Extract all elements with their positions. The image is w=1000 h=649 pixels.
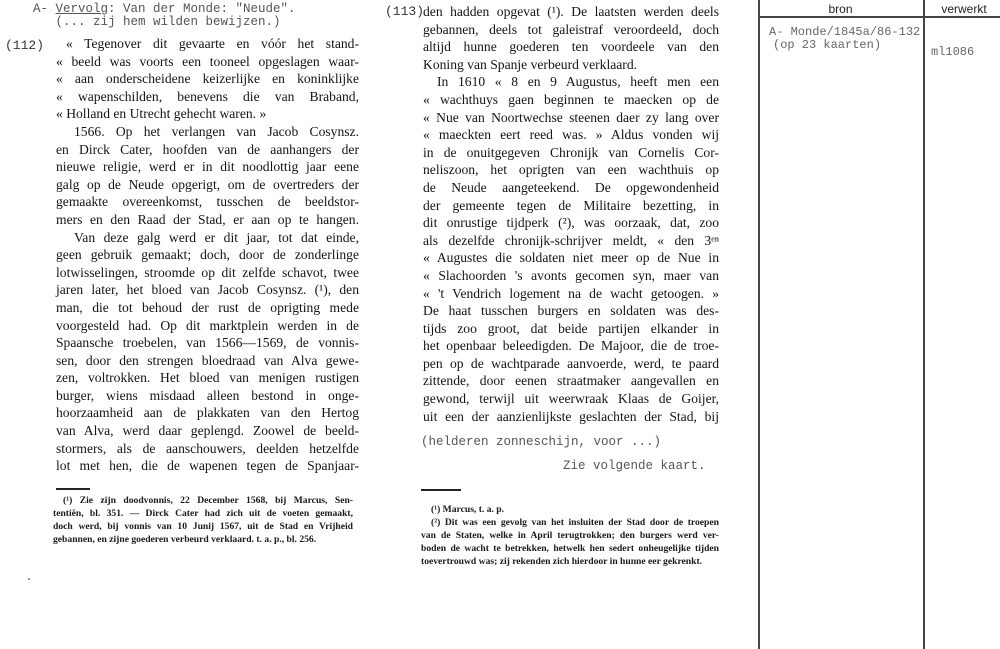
footnote-divider — [421, 489, 461, 491]
text-line: altijd hunne goederen ten voordeele van … — [423, 38, 719, 56]
cell-verwerkt: ml1086 — [931, 45, 974, 59]
left-body-text: « Tegenover dit gevaarte en vóór het sta… — [56, 35, 359, 475]
text-line: neliszoon, het oprigten van een wachthui… — [423, 161, 719, 179]
text-line: sen, door den strengen bloedraad van Alv… — [56, 352, 359, 370]
text-line: « wapenschilden, benevens die van Braban… — [56, 88, 359, 106]
text-line: gebannen, deels tot galeistraf veroordee… — [423, 21, 719, 39]
right-page-number: (113) — [385, 4, 424, 19]
text-line: Spaansche troebelen, van 1566—1569, de v… — [56, 334, 359, 352]
text-line: jaren later, het bloed van Jacob Cosynsz… — [56, 281, 359, 299]
text-line: « wachthuys gaen beginnen te maecken op … — [423, 91, 719, 109]
footnote-line: toevertrouwd was; zij rekenden zich hier… — [421, 555, 719, 568]
text-line: Van deze galg werd er dit jaar, tot dat … — [56, 229, 359, 247]
text-line: zen, voltrokken. Het bloed van menigen r… — [56, 369, 359, 387]
text-line: geen gebruik gemaakt; doch, door de zond… — [56, 246, 359, 264]
text-line: stormers, als de aanschouwers, deelden h… — [56, 440, 359, 458]
text-line: den hadden opgevat (¹). De laatsten werd… — [423, 3, 719, 21]
cell-bron-line2: (op 23 kaarten) — [773, 38, 881, 52]
column-header-bron: bron — [758, 2, 923, 16]
footnote-line: boden de wacht te betrekken, hetwelk hen… — [421, 542, 719, 555]
text-line: gewond, terwijl uit weerwraak Klaas de G… — [423, 390, 719, 408]
index-card-table: bron verwerkt A- Monde/1845a/86-132 (op … — [755, 0, 1000, 649]
text-line: Koning van Spanje verbeurd verklaard. — [423, 56, 719, 74]
text-line: van Alva, werd daar geplengd. Zoowel de … — [56, 422, 359, 440]
left-footnotes: (¹) Zie zijn doodvonnis, 22 December 156… — [53, 494, 353, 546]
text-line: tijds zoo groot, dat beide partijen elka… — [423, 320, 719, 338]
left-page: (112) « Tegenover dit gevaarte en vóór h… — [0, 0, 380, 649]
cell-bron-line1: A- Monde/1845a/86-132 — [769, 25, 920, 39]
text-line: in de onuitgegeven Chronijk van Cornelis… — [423, 144, 719, 162]
text-line: nieuwe religie, werd er in dit noodlotti… — [56, 158, 359, 176]
text-line: de Neude aangeteekend. De opgewondenheid — [423, 179, 719, 197]
text-line: zittende, door eenen straatmaker aangeva… — [423, 372, 719, 390]
text-line: burger, wiens misdaad alleen bestond in … — [56, 387, 359, 405]
text-line: « maeckten eert reed was. » Aldus vonden… — [423, 126, 719, 144]
text-line: man, die tot behoud der rust de oprigtin… — [56, 299, 359, 317]
right-body-text: den hadden opgevat (¹). De laatsten werd… — [423, 3, 719, 425]
text-line: als dezelfde chronijk-schrijver meldt, «… — [423, 232, 719, 250]
text-line: « aan onderscheidene keizerlijke en koni… — [56, 70, 359, 88]
footnote-line: (¹) Zie zijn doodvonnis, 22 December 156… — [53, 494, 353, 507]
typed-continuation: (helderen zonneschijn, voor ...) — [421, 435, 661, 449]
footnote-line: (²) Dit was een gevolg van het insluiten… — [421, 516, 719, 529]
text-line: dit onrustige tijdperk (²), was oorzaak,… — [423, 214, 719, 232]
footnote-line: doch werd, bij vonnis van 10 Junij 1567,… — [53, 520, 353, 533]
footnote-divider — [56, 488, 90, 490]
text-line: In 1610 « 8 en 9 Augustus, heeft men een — [423, 73, 719, 91]
text-line: « 't Vendrich logement na de wacht getoo… — [423, 285, 719, 303]
text-line: voorgesteld had. Op dit marktplein werde… — [56, 317, 359, 335]
footnote-line: van de Staten, welke in April terugtrokk… — [421, 529, 719, 542]
text-line: « Tegenover dit gevaarte en vóór het sta… — [56, 35, 359, 53]
right-footnotes: (¹) Marcus, t. a. p. (²) Dit was een gev… — [421, 503, 719, 568]
footnote-line: tentiën, bl. 351. — Dirck Cater had zich… — [53, 507, 353, 520]
text-line: 1566. Op het verlangen van Jacob Cosynsz… — [56, 123, 359, 141]
text-line: « beeld was voorts een tooneel opgeslage… — [56, 53, 359, 71]
text-line: gemaakte overeenkomst, tusschen de beeld… — [56, 193, 359, 211]
text-line: en Dirck Cater, hoofden van de aanhanger… — [56, 141, 359, 159]
text-line: het openbaar beleedigden. De Majoor, die… — [423, 337, 719, 355]
text-line: mers en den Raad der Stad, er aan op te … — [56, 211, 359, 229]
table-border-left — [758, 0, 760, 649]
table-border-middle — [923, 0, 925, 649]
text-line: lot met hen, die de wapenen tegen de Spa… — [56, 457, 359, 475]
footnote-line: (¹) Marcus, t. a. p. — [421, 503, 719, 516]
text-line: hoorzaamheid aan de plakkaten van den He… — [56, 404, 359, 422]
text-line: pen op de wachtparade aanvoerde, werd, t… — [423, 355, 719, 373]
text-line: De haat tusschen burgers en soldaten was… — [423, 302, 719, 320]
typed-next-card: Zie volgende kaart. — [563, 459, 706, 473]
table-header-rule — [758, 16, 1000, 18]
text-line: « Holland en Utrecht gehecht waren. » — [56, 105, 359, 123]
text-line: uit een der aanzienlijkste geslachten de… — [423, 408, 719, 426]
speck — [28, 578, 30, 580]
text-line: galg op de Neude opgerigt, om de overtre… — [56, 176, 359, 194]
right-page: (113) den hadden opgevat (¹). De laatste… — [380, 0, 755, 649]
text-line: « Augustes die soldaten niet meer op de … — [423, 249, 719, 267]
text-line: « Slachoorden 's avonts gecomen syn, mae… — [423, 267, 719, 285]
text-line: der gemeente tegen de Militaire bezettin… — [423, 197, 719, 215]
text-line: « Nue van Noortwechse steenen daer zy la… — [423, 109, 719, 127]
text-line: lotwisselingen, stroomde op dit zelfde s… — [56, 264, 359, 282]
column-header-verwerkt: verwerkt — [928, 2, 1000, 16]
footnote-line: gebannen, en zijne goederen verbeurd ver… — [53, 533, 353, 546]
left-page-number: (112) — [5, 38, 44, 53]
